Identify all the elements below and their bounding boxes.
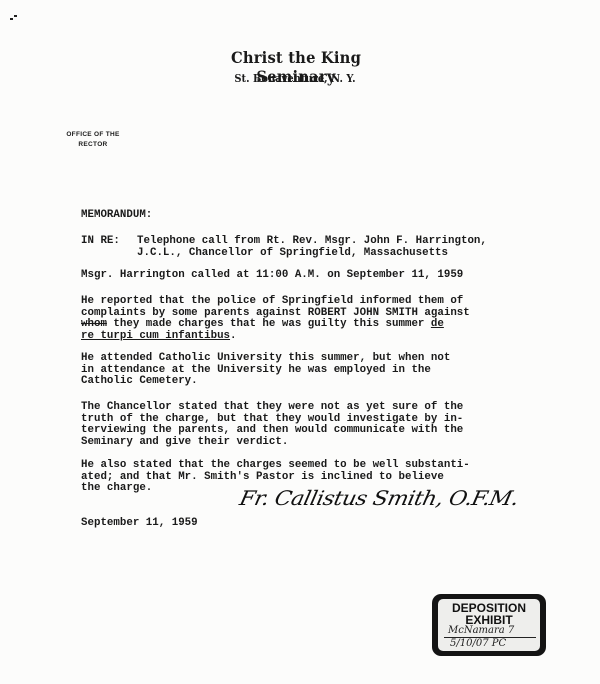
para1-line3-text: they made charges that he was guilty thi…: [107, 318, 431, 330]
para3-line1: The Chancellor stated that they were not…: [81, 402, 463, 414]
letterhead-location: St. Bonaventure, N. Y.: [210, 72, 381, 85]
scan-speck: [14, 15, 17, 17]
in-re-label: IN RE:: [81, 236, 120, 248]
struck-word: whom: [81, 318, 107, 330]
para4-line1: He also stated that the charges seemed t…: [81, 460, 470, 472]
sticker-deponent: McNamara 7: [448, 625, 514, 636]
sticker-date-initials: 5/10/07 PC: [450, 638, 506, 649]
para2-line1: He attended Catholic University this sum…: [81, 353, 450, 365]
para3-line4: Seminary and give their verdict.: [81, 437, 288, 449]
para2-line3: Catholic Cemetery.: [81, 376, 198, 388]
sticker-label-area: DEPOSITION EXHIBIT McNamara 7 5/10/07 PC: [438, 599, 540, 651]
latin-phrase: re turpi cum infantibus: [81, 330, 230, 342]
para1-line4: re turpi cum infantibus.: [81, 331, 237, 343]
call-line: Msgr. Harrington called at 11:00 A.M. on…: [81, 270, 463, 282]
office-of-rector: OFFICE OF THE RECTOR: [48, 130, 138, 150]
in-re-line1: Telephone call from Rt. Rev. Msgr. John …: [137, 236, 487, 248]
in-re-line2: J.C.L., Chancellor of Springfield, Massa…: [137, 248, 448, 260]
memo-heading: MEMORANDUM:: [81, 210, 152, 222]
memo-date: September 11, 1959: [81, 518, 198, 530]
para4-line3: the charge.: [81, 483, 152, 495]
memo-page: Christ the King Seminary St. Bonaventure…: [0, 0, 600, 684]
office-line2: RECTOR: [48, 140, 138, 150]
para1-line1: He reported that the police of Springfie…: [81, 296, 463, 308]
office-line1: OFFICE OF THE: [48, 130, 138, 140]
handwritten-signature: Fr. Callistus Smith, O.F.M.: [237, 486, 520, 510]
latin-phrase-start: de: [431, 318, 444, 330]
para1-line4-end: .: [230, 330, 236, 342]
scan-speck: [10, 18, 13, 20]
deposition-exhibit-sticker: DEPOSITION EXHIBIT McNamara 7 5/10/07 PC: [432, 594, 546, 656]
